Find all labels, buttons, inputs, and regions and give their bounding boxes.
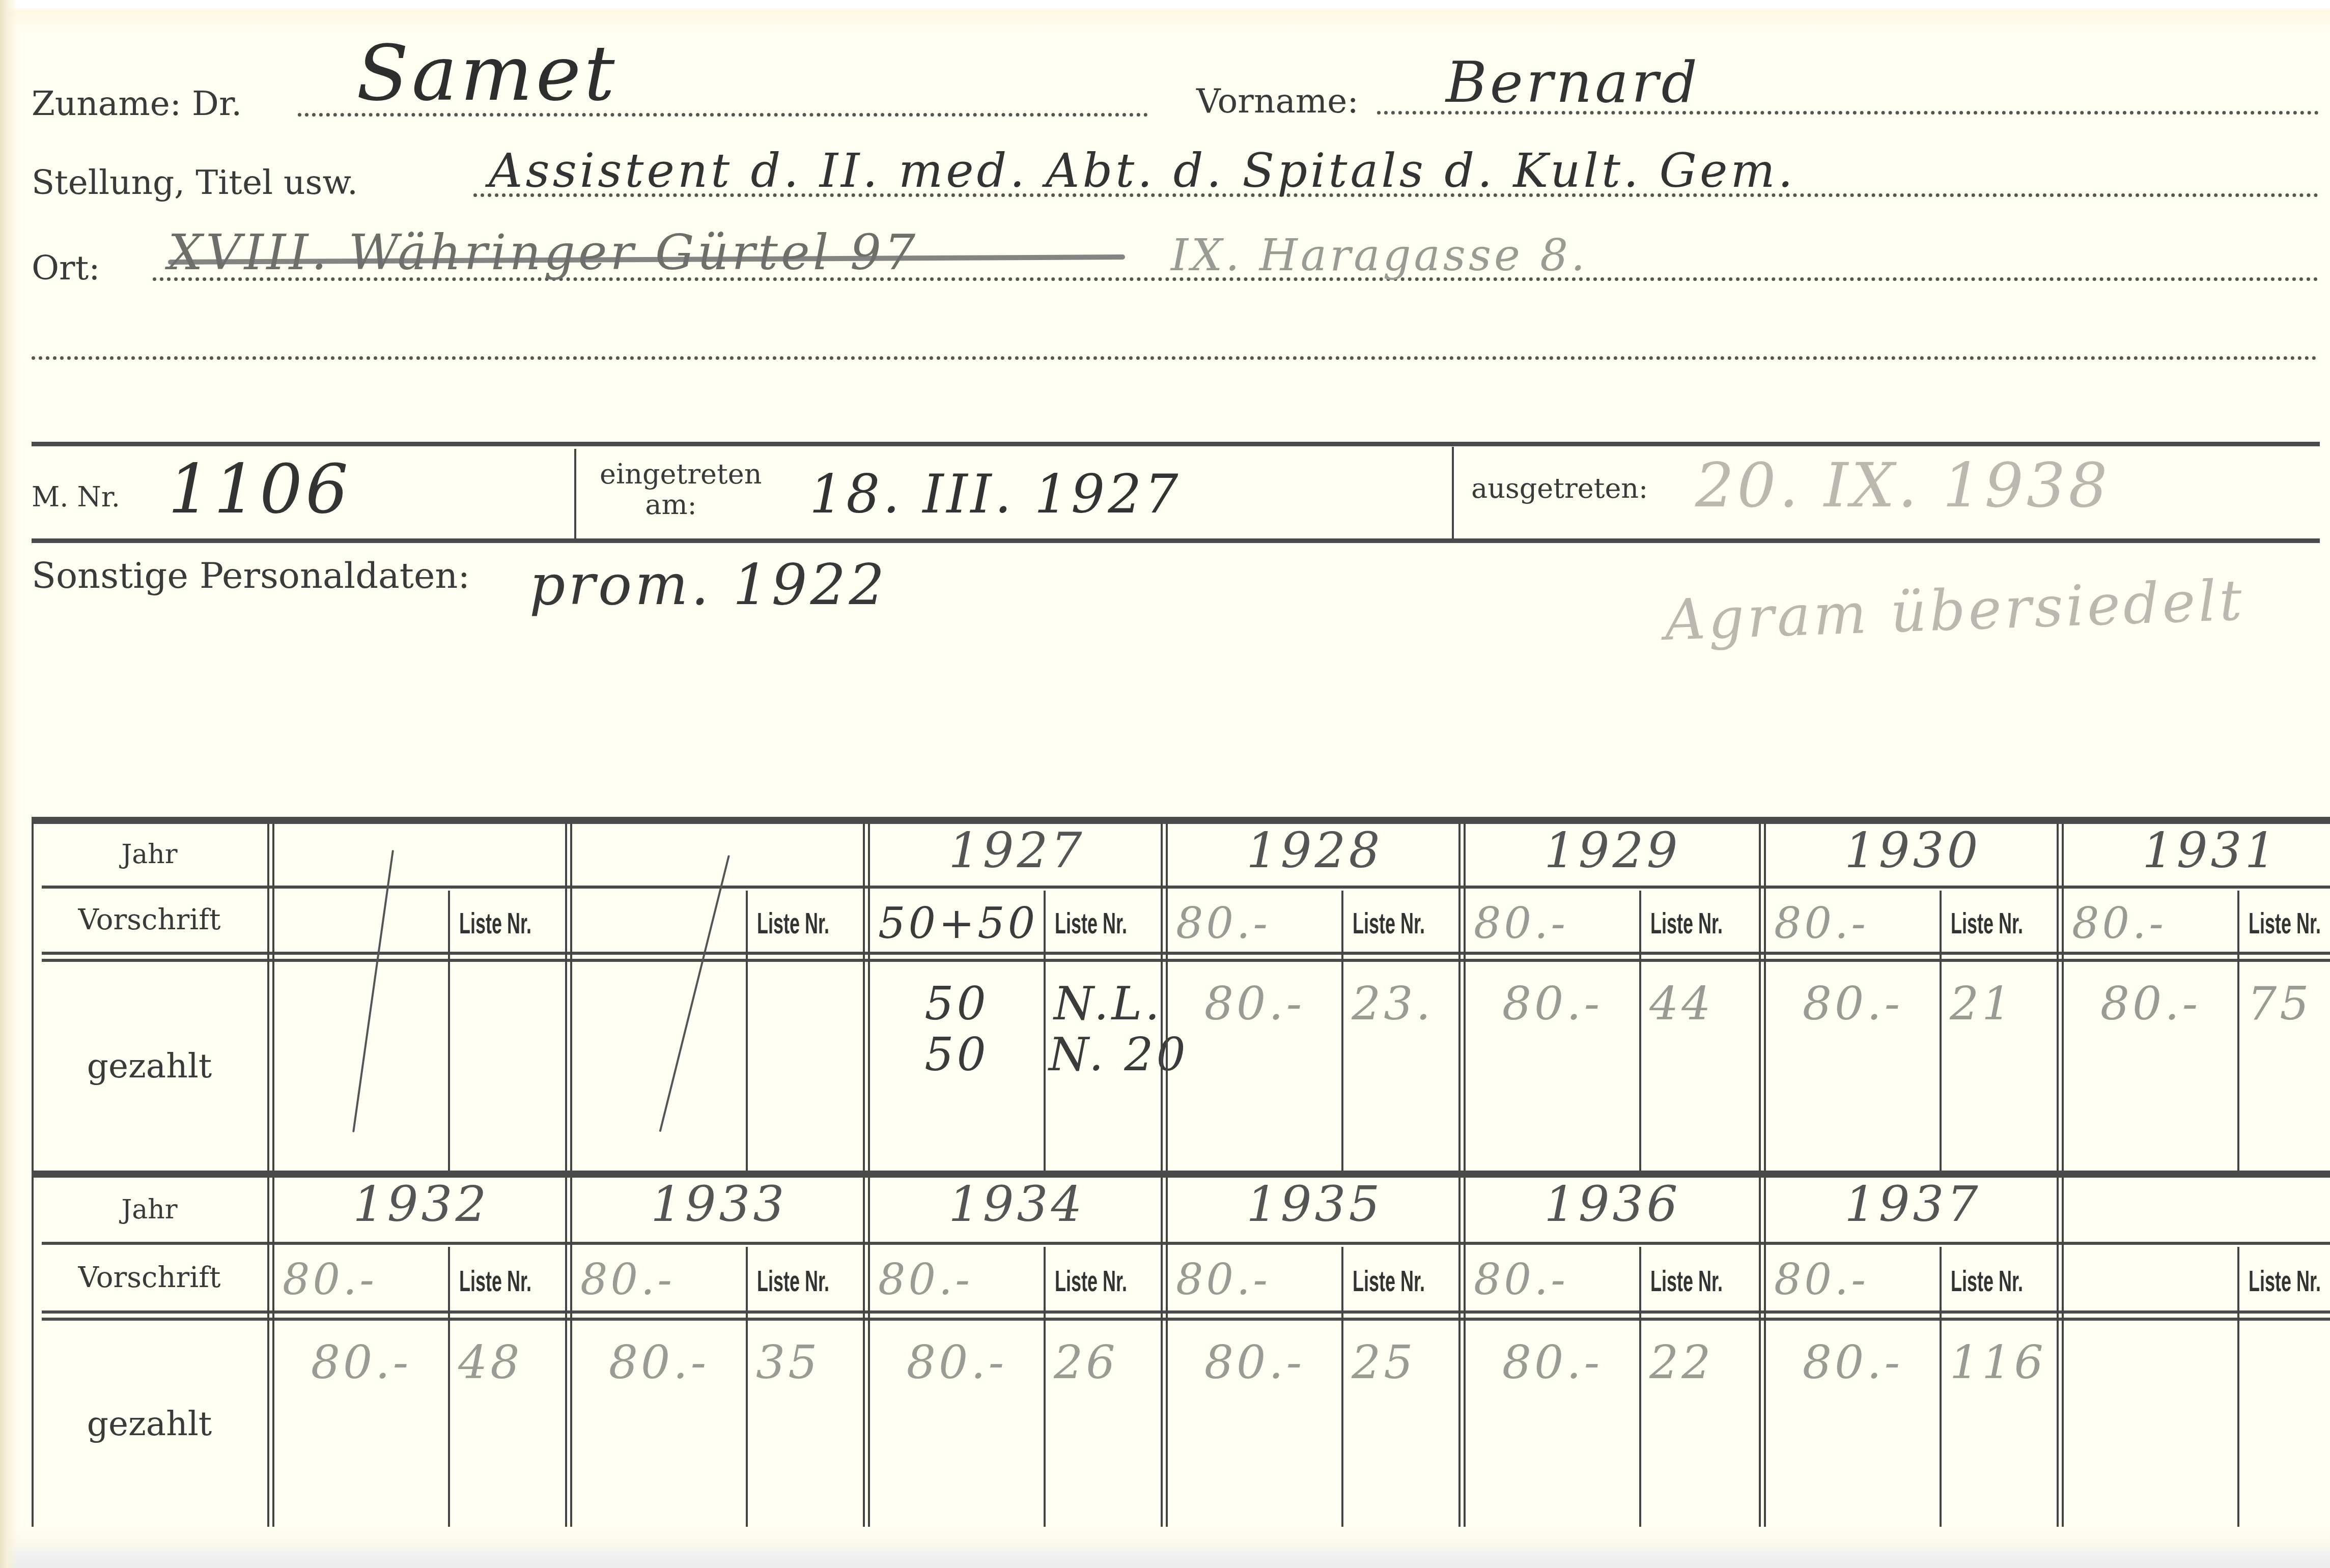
vorschrift-cell: 80.- [1176, 898, 1271, 948]
row-label-vorschrift-1: Vorschrift [32, 889, 267, 952]
liste-nr-label: Liste Nr. [2249, 1257, 2321, 1305]
liste-nr-label: Liste Nr. [1055, 1257, 1127, 1305]
table-block2-jahr-rule [42, 1242, 2330, 1245]
row-label-vorschrift-2: Vorschrift [32, 1245, 267, 1310]
liste-nr-label: Liste Nr. [757, 901, 829, 947]
gezahlt-cell: 80.- [572, 1336, 746, 1389]
void-mark-stroke [659, 855, 730, 1132]
table-block2-col-3-liste-divider [1044, 1247, 1046, 1527]
liste-cell: 116 [1950, 1336, 2046, 1389]
table-block2-vorschrift-rule-b [42, 1318, 2330, 1321]
liste-nr-label: Liste Nr. [1650, 1257, 1723, 1305]
vorschrift-cell: 80.- [1774, 898, 1869, 948]
year-cell: 1937 [1769, 1176, 2057, 1233]
liste-nr-label: Liste Nr. [459, 901, 531, 947]
gezahlt-cell-second: 50 [870, 1028, 1044, 1081]
liste-cell: 26 [1054, 1336, 1118, 1389]
vorschrift-cell: 80.- [283, 1255, 377, 1304]
gezahlt-cell: 80.- [1766, 977, 1940, 1031]
table-block1-col-1-divider [267, 824, 274, 1171]
year-cell: 1933 [575, 1176, 863, 1233]
vorschrift-cell: 80.- [1474, 1255, 1568, 1304]
vorschrift-cell: 80.- [2072, 898, 2167, 948]
table-block1-col-2-divider [565, 824, 572, 1171]
table-block1-col-2-liste-divider [746, 891, 748, 1171]
eingetreten-label-line2: am: [600, 489, 742, 521]
vorschrift-cell: 80.- [1474, 898, 1568, 948]
ausgetreten-value: 20. IX. 1938 [1695, 450, 2111, 521]
year-cell: 1934 [873, 1176, 1161, 1233]
year-cell: 1929 [1469, 822, 1756, 879]
blank-dotted-line [32, 356, 2317, 360]
eingetreten-value: 18. III. 1927 [809, 463, 1182, 525]
year-cell: 1932 [277, 1176, 565, 1233]
table-block1-col-3-liste-divider [1044, 891, 1046, 1171]
gezahlt-cell: 80.- [2064, 977, 2237, 1031]
zuname-value: Samet [356, 30, 617, 118]
gezahlt-cell: 80.- [1168, 1336, 1341, 1389]
table-block1-col-5-divider [1458, 824, 1466, 1171]
table-block1-col-4-divider [1161, 824, 1168, 1171]
table-block1-col-4-liste-divider [1341, 891, 1343, 1171]
vorname-label: Vorname: [1196, 81, 1359, 121]
sonstige-value: prom. 1922 [529, 552, 887, 617]
liste-nr-label: Liste Nr. [757, 1257, 829, 1305]
table-block1-col-7-liste-divider [2237, 891, 2239, 1171]
liste-nr-label: Liste Nr. [1055, 901, 1127, 947]
table-block1-col-1-liste-divider [448, 891, 450, 1171]
table-block2-vorschrift-rule-a [42, 1310, 2330, 1314]
ort-value: IX. Haragasse 8. [1171, 230, 1588, 281]
row-label-gezahlt-2: gezahlt [32, 1321, 267, 1527]
eingetreten-label-line1: eingetreten [600, 458, 742, 490]
divider-eingetreten [1452, 447, 1454, 539]
vorschrift-cell: 80.- [878, 1255, 973, 1304]
table-block2-col-4-liste-divider [1341, 1247, 1343, 1527]
sonstige-label: Sonstige Personaldaten: [32, 555, 470, 596]
table-block2-col-7-divider [2057, 1178, 2064, 1527]
table-block1-vorschrift-rule-b [42, 959, 2330, 962]
year-cell: 1927 [873, 822, 1161, 879]
table-block1-col-5-liste-divider [1639, 891, 1641, 1171]
rule-bottom [32, 538, 2320, 543]
table-block1-col-7-divider [2057, 824, 2064, 1171]
table-block2-col-2-liste-divider [746, 1247, 748, 1527]
year-cell: 1935 [1171, 1176, 1458, 1233]
table-block2-col-4-divider [1161, 1178, 1168, 1527]
table-block2-col-3-divider [863, 1178, 870, 1527]
liste-nr-label: Liste Nr. [1951, 901, 2023, 947]
liste-nr-label: Liste Nr. [459, 1257, 531, 1305]
liste-nr-label: Liste Nr. [1353, 901, 1425, 947]
table-block1-vorschrift-rule-a [42, 952, 2330, 955]
rule-top [32, 442, 2320, 446]
liste-cell: 75 [2248, 977, 2312, 1031]
vorschrift-cell: 80.- [580, 1255, 675, 1304]
table-block1-col-6-divider [1759, 824, 1766, 1171]
stellung-value: Assistent d. II. med. Abt. d. Spitals d.… [489, 144, 1796, 198]
year-cell: 1928 [1171, 822, 1458, 879]
table-block2-col-6-divider [1759, 1178, 1766, 1527]
table-block2-col-5-divider [1458, 1178, 1466, 1527]
liste-cell: 35 [756, 1336, 821, 1389]
divider-mnr [574, 449, 576, 539]
zuname-label: Zuname: Dr. [32, 84, 242, 123]
ort-struck-value: XVIII. Währinger Gürtel 97 [168, 224, 918, 281]
gezahlt-cell: 50 [870, 977, 1044, 1031]
liste-nr-label: Liste Nr. [1650, 901, 1723, 947]
liste-nr-label: Liste Nr. [2249, 901, 2321, 947]
mnr-value: 1106 [168, 450, 351, 529]
liste-cell: 21 [1950, 977, 2014, 1031]
gezahlt-cell: 80.- [870, 1336, 1044, 1389]
sonstige-note: Agram übersiedelt [1664, 567, 2246, 653]
gezahlt-cell: 80.- [274, 1336, 448, 1389]
year-cell: 1931 [2067, 822, 2330, 879]
row-label-jahr-1: Jahr [32, 824, 267, 886]
row-label-jahr-2: Jahr [32, 1178, 267, 1242]
gezahlt-cell: 80.- [1466, 1336, 1639, 1389]
year-cell: 1930 [1769, 822, 2057, 879]
stellung-label: Stellung, Titel usw. [32, 163, 358, 202]
row-label-gezahlt-1: gezahlt [32, 962, 267, 1171]
table-block2-col-2-divider [565, 1178, 572, 1527]
liste-cell: N.L. [1054, 977, 1163, 1031]
vorname-value: Bernard [1446, 50, 1700, 115]
gezahlt-cell: 80.- [1168, 977, 1341, 1031]
table-block2-col-1-divider [267, 1178, 274, 1527]
ausgetreten-label: ausgetreten: [1471, 472, 1648, 504]
vorschrift-cell: 80.- [1176, 1255, 1271, 1304]
year-cell: 1936 [1469, 1176, 1756, 1233]
void-mark-stroke [352, 850, 394, 1132]
liste-nr-label: Liste Nr. [1951, 1257, 2023, 1305]
liste-cell: 23. [1352, 977, 1434, 1031]
vorschrift-cell: 50+50 [878, 898, 1038, 948]
mnr-label: M. Nr. [32, 481, 120, 513]
gezahlt-cell: 80.- [1466, 977, 1639, 1031]
table-block2-col-7-liste-divider [2237, 1247, 2239, 1527]
ort-label: Ort: [32, 248, 100, 288]
liste-cell: 44 [1649, 977, 1714, 1031]
table-block1-jahr-rule [42, 886, 2330, 889]
table-block2-col-5-liste-divider [1639, 1247, 1641, 1527]
table-block1-col-3-divider [863, 824, 870, 1171]
liste-cell: 22 [1649, 1336, 1714, 1389]
liste-cell: 48 [458, 1336, 523, 1389]
liste-cell: 25 [1352, 1336, 1416, 1389]
liste-nr-label: Liste Nr. [1353, 1257, 1425, 1305]
table-block1-col-6-liste-divider [1940, 891, 1942, 1171]
table-block2-col-6-liste-divider [1940, 1247, 1942, 1527]
membership-index-card: Zuname: Dr. Samet Vorname: Bernard Stell… [0, 0, 2330, 1568]
vorschrift-cell: 80.- [1774, 1255, 1869, 1304]
table-block2-col-1-liste-divider [448, 1247, 450, 1527]
gezahlt-cell: 80.- [1766, 1336, 1940, 1389]
